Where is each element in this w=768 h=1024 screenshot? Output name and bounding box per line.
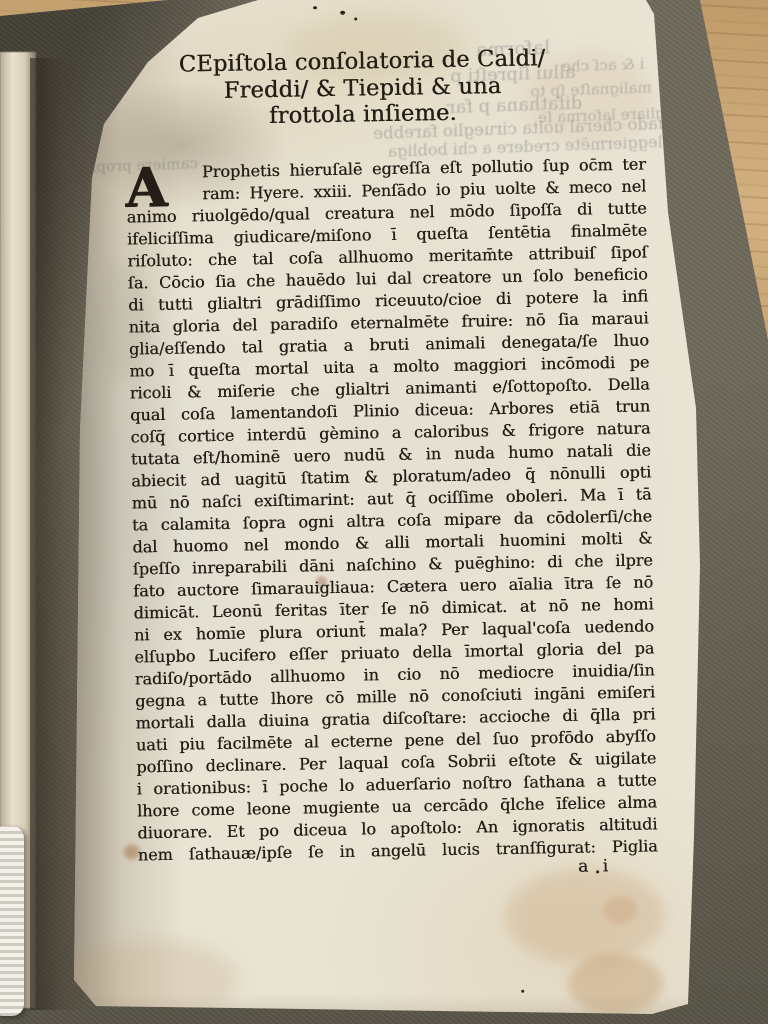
body-text: Prophetis hieruſalē egreſſa eſt pollutio… [126, 153, 658, 866]
ink-speck [354, 17, 357, 20]
book-photograph: laforma i & acſ che allui ſipreſti p mal… [0, 0, 768, 1024]
ink-speck [313, 6, 317, 9]
page-content: laforma i & acſ che allui ſipreſti p mal… [0, 0, 768, 1024]
page-title: CEpiſtola conſolatoria de Caldi/ Freddi/… [160, 45, 565, 132]
cloth-weight [0, 826, 24, 1016]
page-stain [568, 953, 664, 1015]
page-stain [504, 867, 666, 965]
book-page: laforma i & acſ che allui ſipreſti p mal… [0, 0, 768, 1024]
signature-mark: a i [578, 856, 608, 877]
ink-speck [521, 990, 524, 993]
